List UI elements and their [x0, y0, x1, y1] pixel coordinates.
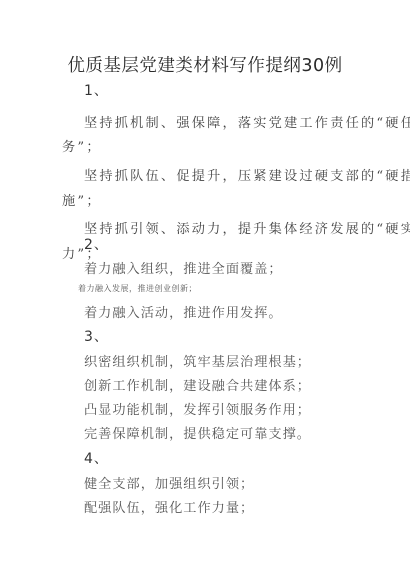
paragraph-line: 健全支部，加强组织引领；	[84, 473, 254, 492]
paragraph-line: 创新工作机制，建设融合共建体系；	[84, 375, 311, 394]
paragraph-line: 凸显功能机制，发挥引领服务作用；	[84, 399, 311, 418]
section-number-4: 4、	[84, 448, 109, 468]
paragraph-line-small: 着力融入发展，推进创业创新；	[78, 283, 197, 294]
section-number-3: 3、	[84, 326, 109, 346]
paragraph-line: 完善保障机制，提供稳定可靠支撑。	[84, 423, 311, 442]
paragraph-line: 配强队伍，强化工作力量；	[84, 497, 254, 516]
document-page: 优质基层党建类材料写作提纲30例 1、 坚持抓机制、强保障，落实党建工作责任的“…	[0, 0, 410, 580]
paragraph-line: 施”；	[62, 190, 102, 209]
section-number-2: 2、	[84, 234, 109, 254]
paragraph-line: 务”；	[62, 136, 102, 155]
section-number-1: 1、	[84, 80, 109, 100]
paragraph-line: 织密组织机制，筑牢基层治理根基；	[84, 351, 311, 370]
paragraph-line: 坚持抓队伍、促提升，压紧建设过硬支部的“硬措	[84, 165, 410, 184]
paragraph-line: 着力融入组织，推进全面覆盖；	[84, 258, 283, 277]
document-title: 优质基层党建类材料写作提纲30例	[0, 52, 410, 77]
paragraph-line: 坚持抓引领、添动力，提升集体经济发展的“硬实	[84, 218, 410, 237]
paragraph-line: 坚持抓机制、强保障，落实党建工作责任的“硬任	[84, 112, 410, 131]
paragraph-line: 着力融入活动，推进作用发挥。	[84, 302, 283, 321]
